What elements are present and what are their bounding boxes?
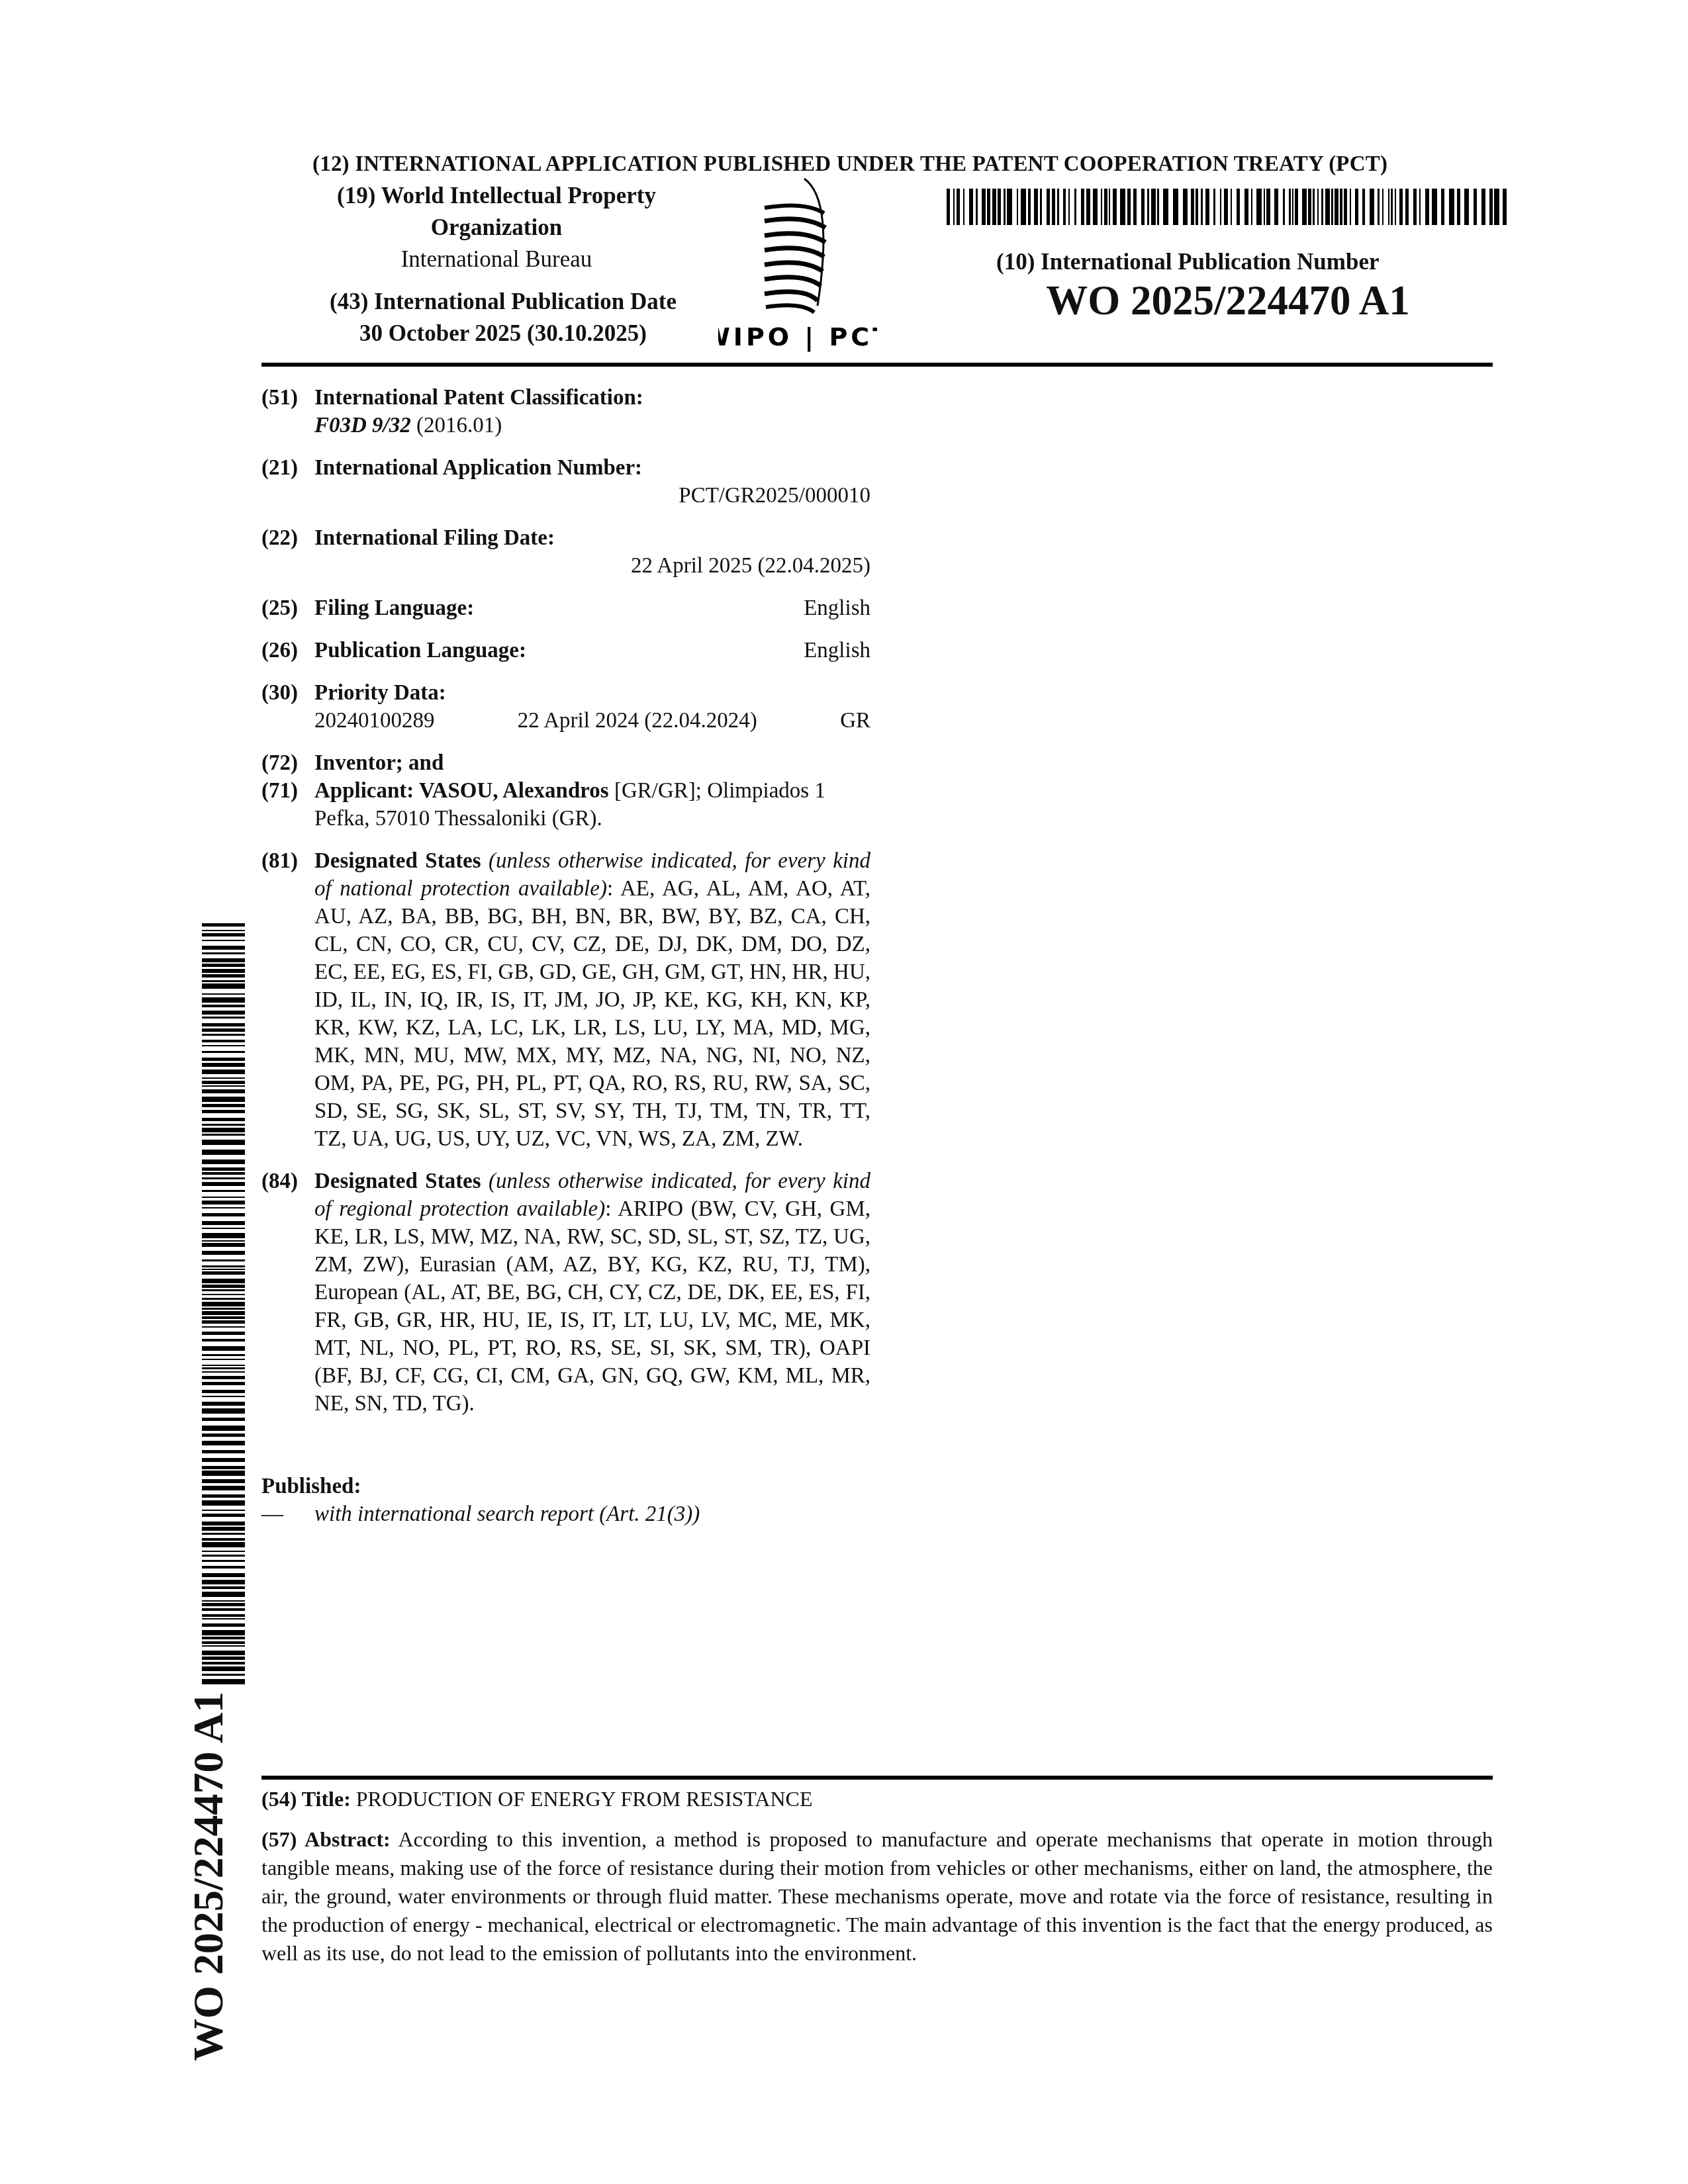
field-value: English <box>804 594 870 622</box>
abstract-divider <box>261 1776 1493 1780</box>
field-publication-language: (26) Publication Language: English <box>261 637 870 664</box>
field-label: Priority Data: <box>314 679 870 707</box>
field-label: International Patent Classification: <box>314 384 870 412</box>
field-designated-national: (81) Designated States (unless otherwise… <box>261 847 870 1153</box>
field-label: International Application Number: <box>314 454 870 482</box>
field-value: English <box>804 637 870 664</box>
field-application-number: (21) International Application Number: P… <box>261 454 870 510</box>
field-value: PCT/GR2025/000010 <box>314 482 870 510</box>
published-item: with international search report (Art. 2… <box>314 1500 700 1528</box>
country-list: : ARIPO (BW, CV, GH, GM, KE, LR, LS, MW,… <box>314 1197 870 1416</box>
svg-text:WIPO | PCT: WIPO | PCT <box>718 322 877 352</box>
org-bureau: International Bureau <box>311 244 682 275</box>
org-name: World Intellectual Property <box>381 183 656 208</box>
field-ipc: (51) International Patent Classification… <box>261 384 870 439</box>
pubnum-label: (10) International Publication Number <box>996 249 1460 275</box>
wipo-pct-logo-icon: WIPO | PCT <box>718 173 877 352</box>
publication-number: WO 2025/224470 A1 <box>986 277 1470 325</box>
header-divider <box>261 363 1493 367</box>
side-publication-number: WO 2025/224470 A1 <box>165 1691 252 2062</box>
field-filing-date: (22) International Filing Date: 22 April… <box>261 524 870 580</box>
field-value: 22 April 2025 (22.04.2025) <box>314 552 870 580</box>
priority-number: 20240100289 <box>314 707 435 735</box>
published-section: Published: —with international search re… <box>261 1473 700 1528</box>
barcode-icon <box>947 189 1509 225</box>
abstract: (57) Abstract: According to this inventi… <box>261 1825 1493 1968</box>
field-filing-language: (25) Filing Language: English <box>261 594 870 622</box>
priority-country: GR <box>840 707 870 735</box>
org-name-line2: Organization <box>311 212 682 244</box>
field-label: Filing Language: <box>314 594 474 622</box>
field-label: Publication Language: <box>314 637 526 664</box>
invention-title: (54) Title: PRODUCTION OF ENERGY FROM RE… <box>261 1787 812 1811</box>
org-code: (19) <box>337 183 375 208</box>
vertical-barcode-icon <box>202 923 245 1688</box>
field-applicant: (71) Applicant: VASOU, Alexandros [GR/GR… <box>261 777 870 833</box>
publication-date-block: (43) International Publication Date 30 O… <box>305 286 702 349</box>
pubdate-value: 30 October 2025 (30.10.2025) <box>305 318 702 349</box>
bibliographic-fields: (51) International Patent Classification… <box>261 384 870 1432</box>
document-header-line: (12) INTERNATIONAL APPLICATION PUBLISHED… <box>312 152 1451 177</box>
field-inventor: (72) Inventor; and <box>261 749 870 777</box>
ipc-code: F03D 9/32 <box>314 414 411 437</box>
country-list: : AE, AG, AL, AM, AO, AT, AU, AZ, BA, BB… <box>314 877 870 1151</box>
field-priority-data: (30) Priority Data: 20240100289 22 April… <box>261 679 870 735</box>
dash-icon: — <box>261 1500 314 1528</box>
pubdate-label: (43) International Publication Date <box>305 286 702 318</box>
published-label: Published: <box>261 1473 700 1500</box>
priority-date: 22 April 2024 (22.04.2024) <box>518 707 757 735</box>
wipo-organization: (19) World Intellectual Property Organiz… <box>311 180 682 275</box>
field-label: International Filing Date: <box>314 524 870 552</box>
field-designated-regional: (84) Designated States (unless otherwise… <box>261 1167 870 1418</box>
applicant-name: Applicant: VASOU, Alexandros <box>314 779 609 803</box>
